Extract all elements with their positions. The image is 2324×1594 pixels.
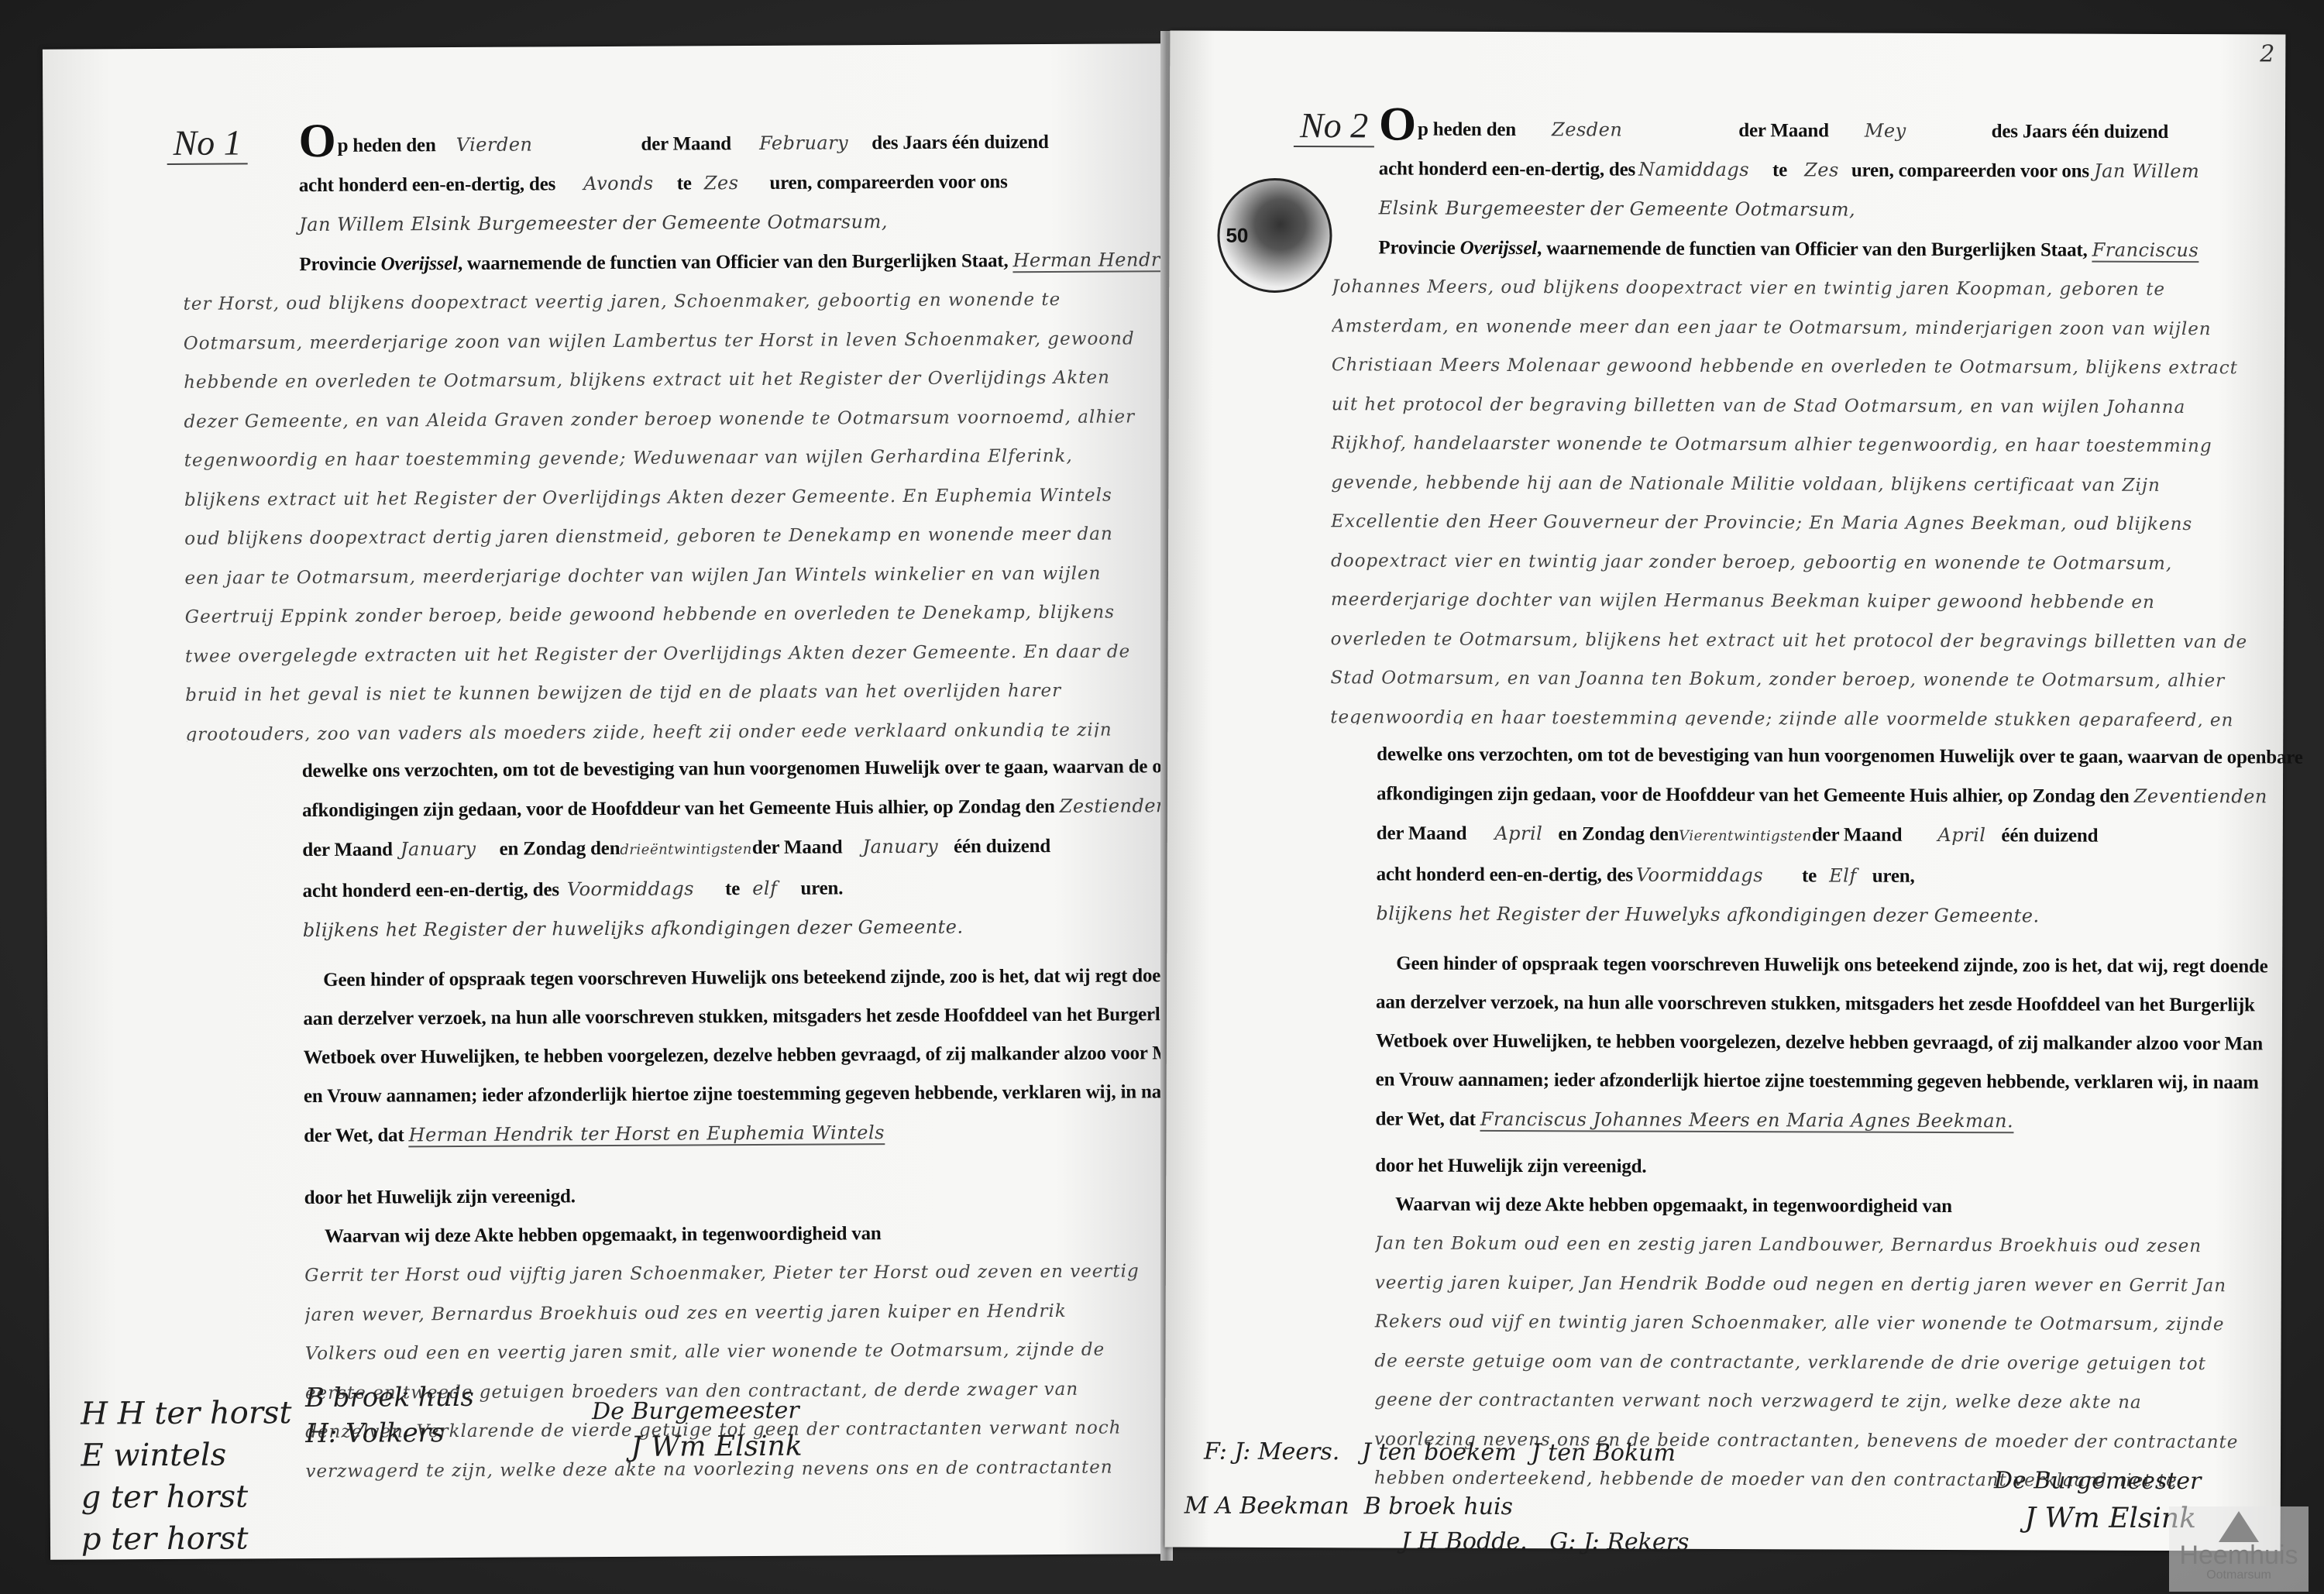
printed-text: Provincie xyxy=(299,254,376,276)
hw-groom: Franciscus xyxy=(2092,239,2199,263)
printed-text: te xyxy=(1802,865,1817,886)
hw-part-of-day: Voormiddags xyxy=(1636,864,1763,887)
printed-text: dewelke ons verzochten, om tot de bevest… xyxy=(302,756,1229,782)
entry-number: No 2 xyxy=(1294,105,1374,147)
printed-text: te xyxy=(725,878,740,899)
printed-text: te xyxy=(1772,160,1787,180)
signature: p ter horst xyxy=(81,1517,293,1560)
archive-watermark-logo: Heemhuis Ootmarsum xyxy=(2169,1506,2309,1592)
seal-stamp: 50 xyxy=(1217,178,1332,294)
drop-cap: O xyxy=(1379,98,1416,150)
printed-text: Provincie xyxy=(1378,237,1455,258)
printed-text: der Maand xyxy=(1738,120,1829,141)
hw-time: Avonds xyxy=(583,173,654,194)
printed-text: , waarnemende de functien van Officier v… xyxy=(1537,238,2088,260)
stamp-number: 50 xyxy=(1226,224,1248,248)
signatures-witnesses: B broek huis H: Volkers xyxy=(305,1379,474,1451)
page-number: 2 xyxy=(2260,40,2274,67)
hw-second-month: April xyxy=(1937,824,1985,846)
printed-text: , waarnemende de functien van Officier v… xyxy=(458,250,1009,274)
printed-text: afkondigingen zijn gedaan, voor de Hoofd… xyxy=(302,796,1055,821)
printed-province: Overijssel xyxy=(380,253,458,275)
signature: H H ter horst xyxy=(81,1392,292,1434)
signature: J ten Bokum xyxy=(1532,1439,1676,1467)
hw-hour: Elf xyxy=(1829,864,1857,886)
signature: J H Bodde. xyxy=(1401,1528,1528,1556)
printed-text: der Maand xyxy=(641,133,731,155)
signatures-row-3: J H Bodde. G: J: Rekers xyxy=(1401,1523,1690,1562)
printed-text: der Maand xyxy=(1377,823,1467,843)
printed-text: één duizend xyxy=(954,836,1050,857)
printed-text: aan derzelver verzoek, na hun alle voors… xyxy=(303,1004,1182,1029)
hw-part-of-day: Voormiddags xyxy=(567,878,694,900)
signatures-row-2: M A Beekman B broek huis xyxy=(1184,1487,1513,1527)
signature: B broek huis xyxy=(305,1379,474,1416)
hw-proclamation-note: blijkens het Register der Huwelyks afkon… xyxy=(1376,902,2039,926)
watermark-place: Ootmarsum xyxy=(2169,1568,2309,1582)
signatures-contractants: H H ter horst E wintels g ter horst p te… xyxy=(81,1392,292,1560)
hw-day: Vierden xyxy=(456,133,533,156)
hw-first-sunday: Zeventienden xyxy=(2134,785,2267,808)
signature-mayor: De Burgemeester J Wm Elsink xyxy=(592,1393,803,1465)
hw-first-month: April xyxy=(1494,823,1542,844)
signature: E wintels xyxy=(81,1434,292,1476)
marriage-entry-2: No 2 Op heden den Zesdender Maand Meydes… xyxy=(1374,105,2254,1502)
hw-proclamation-note: blijkens het Register der huwelijks afko… xyxy=(303,916,964,941)
hw-official: Jan Willem Elsink Burgemeester der Gemee… xyxy=(299,211,888,235)
printed-text: des Jaars één duizend xyxy=(1992,121,2169,143)
hw-first-sunday: Zestienden xyxy=(1060,795,1168,817)
printed-text: en Zondag den xyxy=(499,838,620,860)
printed-text: Geen hinder of opspraak tegen voorschrev… xyxy=(323,965,1190,991)
mayor-signature: J Wm Elsink xyxy=(631,1429,802,1465)
signature: g ter horst xyxy=(81,1475,293,1518)
roof-icon xyxy=(2219,1511,2259,1542)
hw-official: Jan Willem xyxy=(2094,160,2199,182)
hw-first-month: January xyxy=(401,838,476,861)
printed-text: uren, xyxy=(1872,866,1915,887)
mayor-title: De Burgemeester xyxy=(592,1393,802,1430)
marriage-entry-1: No 1 Op heden den Vierdender Maand Febru… xyxy=(298,117,1142,1489)
hw-hour: Zes xyxy=(704,172,739,194)
printed-text: uren. xyxy=(800,878,843,898)
printed-province: Overijssel xyxy=(1460,238,1537,259)
signature: B broek huis xyxy=(1364,1493,1513,1520)
drop-cap: O xyxy=(298,115,335,167)
printed-text: p heden den xyxy=(1418,119,1516,140)
printed-text: Geen hinder of opspraak tegen voorschrev… xyxy=(1396,953,2267,977)
hw-entry-body: ter Horst, oud blijkens doopextract veer… xyxy=(183,280,1138,741)
printed-text: acht honderd een-en-dertig, des xyxy=(303,879,559,902)
mayor-title: De Burgemeester xyxy=(1994,1462,2202,1500)
printed-text: door het Huwelijk zijn vereenigd. xyxy=(304,1186,576,1208)
hw-entry-body: Johannes Meers, oud blijkens doopextract… xyxy=(1330,267,2254,727)
hw-second-month: January xyxy=(862,836,938,858)
printed-text: der Maand xyxy=(302,839,393,861)
printed-text: uren, compareerden voor ons xyxy=(1851,160,2089,182)
printed-text: Waarvan wij deze Akte hebben opgemaakt, … xyxy=(1395,1194,1952,1218)
left-page: No 1 Op heden den Vierdender Maand Febru… xyxy=(43,43,1170,1560)
printed-text: des Jaars één duizend xyxy=(871,132,1049,153)
printed-text: der Wet, dat xyxy=(304,1125,404,1146)
printed-text: aan derzelver verzoek, na hun alle voors… xyxy=(1376,991,2255,1015)
signature: F: J: Meers. xyxy=(1204,1438,1339,1466)
printed-text: der Maand xyxy=(752,837,843,858)
watermark-name: Heemhuis xyxy=(2169,1542,2309,1568)
hw-hour: elf xyxy=(752,878,777,899)
entry-number: No 1 xyxy=(167,122,247,165)
hw-second-sunday: Vierentwintigsten xyxy=(1679,828,1812,845)
right-page: 2 50 No 2 Op heden den Zesdender Maand M… xyxy=(1165,30,2286,1551)
printed-text: en Zondag den xyxy=(1558,823,1679,845)
hw-month: Mey xyxy=(1865,120,1906,142)
printed-text: p heden den xyxy=(338,135,436,156)
hw-groom: Herman Hendrik xyxy=(1012,249,1178,273)
hw-time: Namiddags xyxy=(1638,159,1749,180)
hw-couple: Herman Hendrik ter Horst en Euphemia Win… xyxy=(409,1122,885,1147)
printed-text: Wetboek over Huwelijken, te hebben voorg… xyxy=(304,1043,1191,1068)
printed-text: dewelke ons verzochten, om tot de bevest… xyxy=(1377,744,2303,768)
signature: J ten boekem xyxy=(1362,1438,1517,1466)
printed-text: Wetboek over Huwelijken, te hebben voorg… xyxy=(1376,1030,2263,1054)
printed-text: der Maand xyxy=(1812,824,1903,845)
printed-text: en Vrouw aannamen; ieder afzonderlijk hi… xyxy=(304,1081,1187,1107)
printed-text: acht honderd een-en-dertig, des xyxy=(299,173,555,196)
printed-text: en Vrouw aannamen; ieder afzonderlijk hi… xyxy=(1376,1069,2259,1093)
printed-text: acht honderd een-en-dertig, des xyxy=(1377,864,1633,885)
signatures-row-1: F: J: Meers. J ten boekem J ten Bokum xyxy=(1204,1433,1676,1473)
signature: G: J: Rekers xyxy=(1549,1528,1689,1556)
printed-text: één duizend xyxy=(2001,825,2098,846)
hw-month: February xyxy=(759,132,848,154)
printed-text: uren, compareerden voor ons xyxy=(769,171,1007,194)
hw-day: Zesden xyxy=(1552,119,1622,140)
printed-text: afkondigingen zijn gedaan, voor de Hoofd… xyxy=(1377,783,2130,806)
signature: M A Beekman xyxy=(1184,1493,1349,1520)
printed-text: te xyxy=(677,173,692,194)
hw-couple: Franciscus Johannes Meers en Maria Agnes… xyxy=(1480,1108,2013,1133)
printed-text: acht honderd een-en-dertig, des xyxy=(1379,158,1635,180)
printed-text: door het Huwelijk zijn vereenigd. xyxy=(1375,1155,1646,1177)
printed-text: Waarvan wij deze Akte hebben opgemaakt, … xyxy=(325,1223,882,1247)
hw-second-sunday: drieëntwintigsten xyxy=(620,841,752,858)
signature: H: Volkers xyxy=(305,1415,474,1451)
printed-text: der Wet, dat xyxy=(1375,1108,1475,1129)
hw-hour: Zes xyxy=(1804,159,1839,180)
hw-official: Elsink Burgemeester der Gemeente Ootmars… xyxy=(1379,197,1856,220)
